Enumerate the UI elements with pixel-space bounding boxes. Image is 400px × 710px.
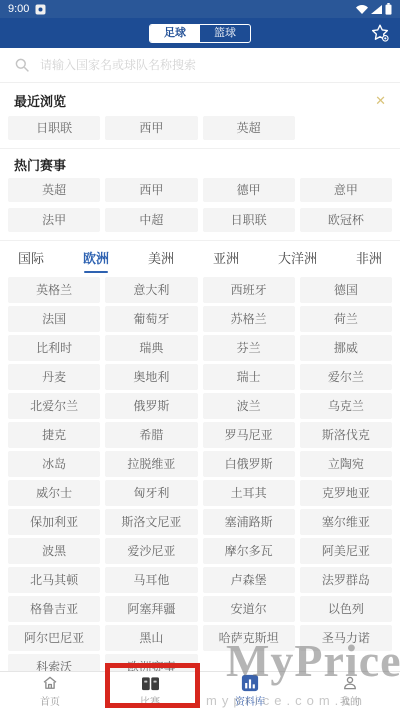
region-tab-international[interactable]: 国际: [16, 242, 46, 273]
country-chip[interactable]: 西班牙: [203, 277, 295, 303]
country-chip[interactable]: 白俄罗斯: [203, 451, 295, 477]
country-chip[interactable]: 拉脱维亚: [105, 451, 197, 477]
library-label: 资料库: [235, 693, 265, 708]
country-chip[interactable]: 苏格兰: [203, 306, 295, 332]
country-chip[interactable]: 罗马尼亚: [203, 422, 295, 448]
league-chip[interactable]: 日职联: [203, 208, 295, 232]
country-chip[interactable]: 匈牙利: [105, 480, 197, 506]
country-chip[interactable]: 圣马力诺: [300, 625, 392, 651]
mine-label: 我的: [340, 693, 360, 708]
league-chip[interactable]: 西甲: [105, 178, 197, 202]
home-icon: [41, 674, 59, 692]
recent-chip-row: 日职联西甲英超: [0, 116, 400, 140]
country-chip[interactable]: 挪威: [300, 335, 392, 361]
country-chip[interactable]: 卢森堡: [203, 567, 295, 593]
country-chip[interactable]: 摩尔多瓦: [203, 538, 295, 564]
sport-tab-football[interactable]: 足球: [150, 25, 200, 42]
nav-item-mine[interactable]: 我的: [300, 672, 400, 710]
country-chip[interactable]: 法罗群岛: [300, 567, 392, 593]
country-chip[interactable]: 塞浦路斯: [203, 509, 295, 535]
hot-title: 热门赛事: [14, 155, 66, 174]
bottom-nav: 首页比赛资料库我的: [0, 671, 400, 710]
wifi-icon: [356, 5, 368, 14]
league-chip[interactable]: 法甲: [8, 208, 100, 232]
home-label: 首页: [40, 693, 60, 708]
country-chip[interactable]: 阿塞拜疆: [105, 596, 197, 622]
country-chip[interactable]: 希腊: [105, 422, 197, 448]
status-bar: 9:00: [0, 0, 400, 18]
battery-icon: [385, 3, 392, 15]
signal-icon: [371, 5, 382, 14]
league-chip[interactable]: 中超: [105, 208, 197, 232]
country-chip[interactable]: 捷克: [8, 422, 100, 448]
country-chip[interactable]: 威尔士: [8, 480, 100, 506]
region-tab-africa[interactable]: 非洲: [354, 242, 384, 273]
country-chip[interactable]: 芬兰: [203, 335, 295, 361]
region-tab-oceania[interactable]: 大洋洲: [276, 242, 319, 273]
country-chip[interactable]: 土耳其: [203, 480, 295, 506]
league-chip[interactable]: 欧冠杯: [300, 208, 392, 232]
league-chip[interactable]: 德甲: [203, 178, 295, 202]
country-chip[interactable]: 爱尔兰: [300, 364, 392, 390]
country-chip[interactable]: 马耳他: [105, 567, 197, 593]
nav-item-home[interactable]: 首页: [0, 672, 100, 710]
search-input[interactable]: [38, 57, 386, 73]
hot-section-header: 热门赛事: [0, 149, 400, 178]
country-grid: 英格兰意大利西班牙德国法国葡萄牙苏格兰荷兰比利时瑞典芬兰挪威丹麦奥地利瑞士爱尔兰…: [0, 277, 400, 680]
country-chip[interactable]: 冰岛: [8, 451, 100, 477]
country-chip[interactable]: 爱沙尼亚: [105, 538, 197, 564]
country-chip[interactable]: 哈萨克斯坦: [203, 625, 295, 651]
library-icon: [241, 674, 259, 692]
search-icon: [14, 57, 30, 73]
country-chip[interactable]: 安道尔: [203, 596, 295, 622]
country-chip[interactable]: 塞尔维亚: [300, 509, 392, 535]
region-tab-bar: 国际欧洲美洲亚洲大洋洲非洲: [0, 240, 400, 273]
league-chip[interactable]: 日职联: [8, 116, 100, 140]
country-chip[interactable]: 葡萄牙: [105, 306, 197, 332]
recent-title: 最近浏览: [14, 91, 66, 110]
nav-item-library[interactable]: 资料库: [200, 672, 300, 710]
country-chip[interactable]: 乌克兰: [300, 393, 392, 419]
sport-toggle: 足球篮球: [149, 24, 251, 43]
matches-label: 比赛: [140, 693, 160, 708]
search-bar: [0, 48, 400, 83]
recent-section-header: 最近浏览 ✕: [0, 83, 400, 116]
clear-recent-icon[interactable]: ✕: [375, 93, 386, 109]
country-chip[interactable]: 保加利亚: [8, 509, 100, 535]
country-chip[interactable]: 丹麦: [8, 364, 100, 390]
sport-tab-basketball[interactable]: 篮球: [200, 25, 250, 42]
app-header: 足球篮球: [0, 18, 400, 48]
country-chip[interactable]: 阿美尼亚: [300, 538, 392, 564]
country-chip[interactable]: 法国: [8, 306, 100, 332]
country-chip[interactable]: 俄罗斯: [105, 393, 197, 419]
region-tab-americas[interactable]: 美洲: [146, 242, 176, 273]
nav-item-matches[interactable]: 比赛: [100, 672, 200, 710]
country-chip[interactable]: 波兰: [203, 393, 295, 419]
region-tab-asia[interactable]: 亚洲: [211, 242, 241, 273]
country-chip[interactable]: 英格兰: [8, 277, 100, 303]
country-chip[interactable]: 瑞典: [105, 335, 197, 361]
region-tab-europe[interactable]: 欧洲: [81, 242, 111, 273]
country-chip[interactable]: 黑山: [105, 625, 197, 651]
country-chip[interactable]: 波黑: [8, 538, 100, 564]
league-chip[interactable]: 英超: [203, 116, 295, 140]
country-chip[interactable]: 比利时: [8, 335, 100, 361]
league-chip[interactable]: 西甲: [105, 116, 197, 140]
country-chip[interactable]: 瑞士: [203, 364, 295, 390]
country-chip[interactable]: 立陶宛: [300, 451, 392, 477]
country-chip[interactable]: 格鲁吉亚: [8, 596, 100, 622]
hot-chip-grid: 英超西甲德甲意甲法甲中超日职联欧冠杯: [0, 178, 400, 232]
country-chip[interactable]: 以色列: [300, 596, 392, 622]
match-icon: [141, 675, 160, 692]
country-chip[interactable]: 德国: [300, 277, 392, 303]
country-chip[interactable]: 阿尔巴尼亚: [8, 625, 100, 651]
country-chip[interactable]: 奥地利: [105, 364, 197, 390]
country-chip[interactable]: 意大利: [105, 277, 197, 303]
favorite-star-icon[interactable]: [369, 22, 391, 44]
league-chip[interactable]: 意甲: [300, 178, 392, 202]
country-chip[interactable]: 荷兰: [300, 306, 392, 332]
country-chip[interactable]: 克罗地亚: [300, 480, 392, 506]
country-chip[interactable]: 北爱尔兰: [8, 393, 100, 419]
country-chip[interactable]: 斯洛文尼亚: [105, 509, 197, 535]
country-chip[interactable]: 北马其顿: [8, 567, 100, 593]
profile-icon: [341, 674, 359, 692]
status-time: 9:00: [8, 3, 29, 15]
notification-icon: [35, 4, 46, 15]
country-chip[interactable]: 斯洛伐克: [300, 422, 392, 448]
league-chip[interactable]: 英超: [8, 178, 100, 202]
